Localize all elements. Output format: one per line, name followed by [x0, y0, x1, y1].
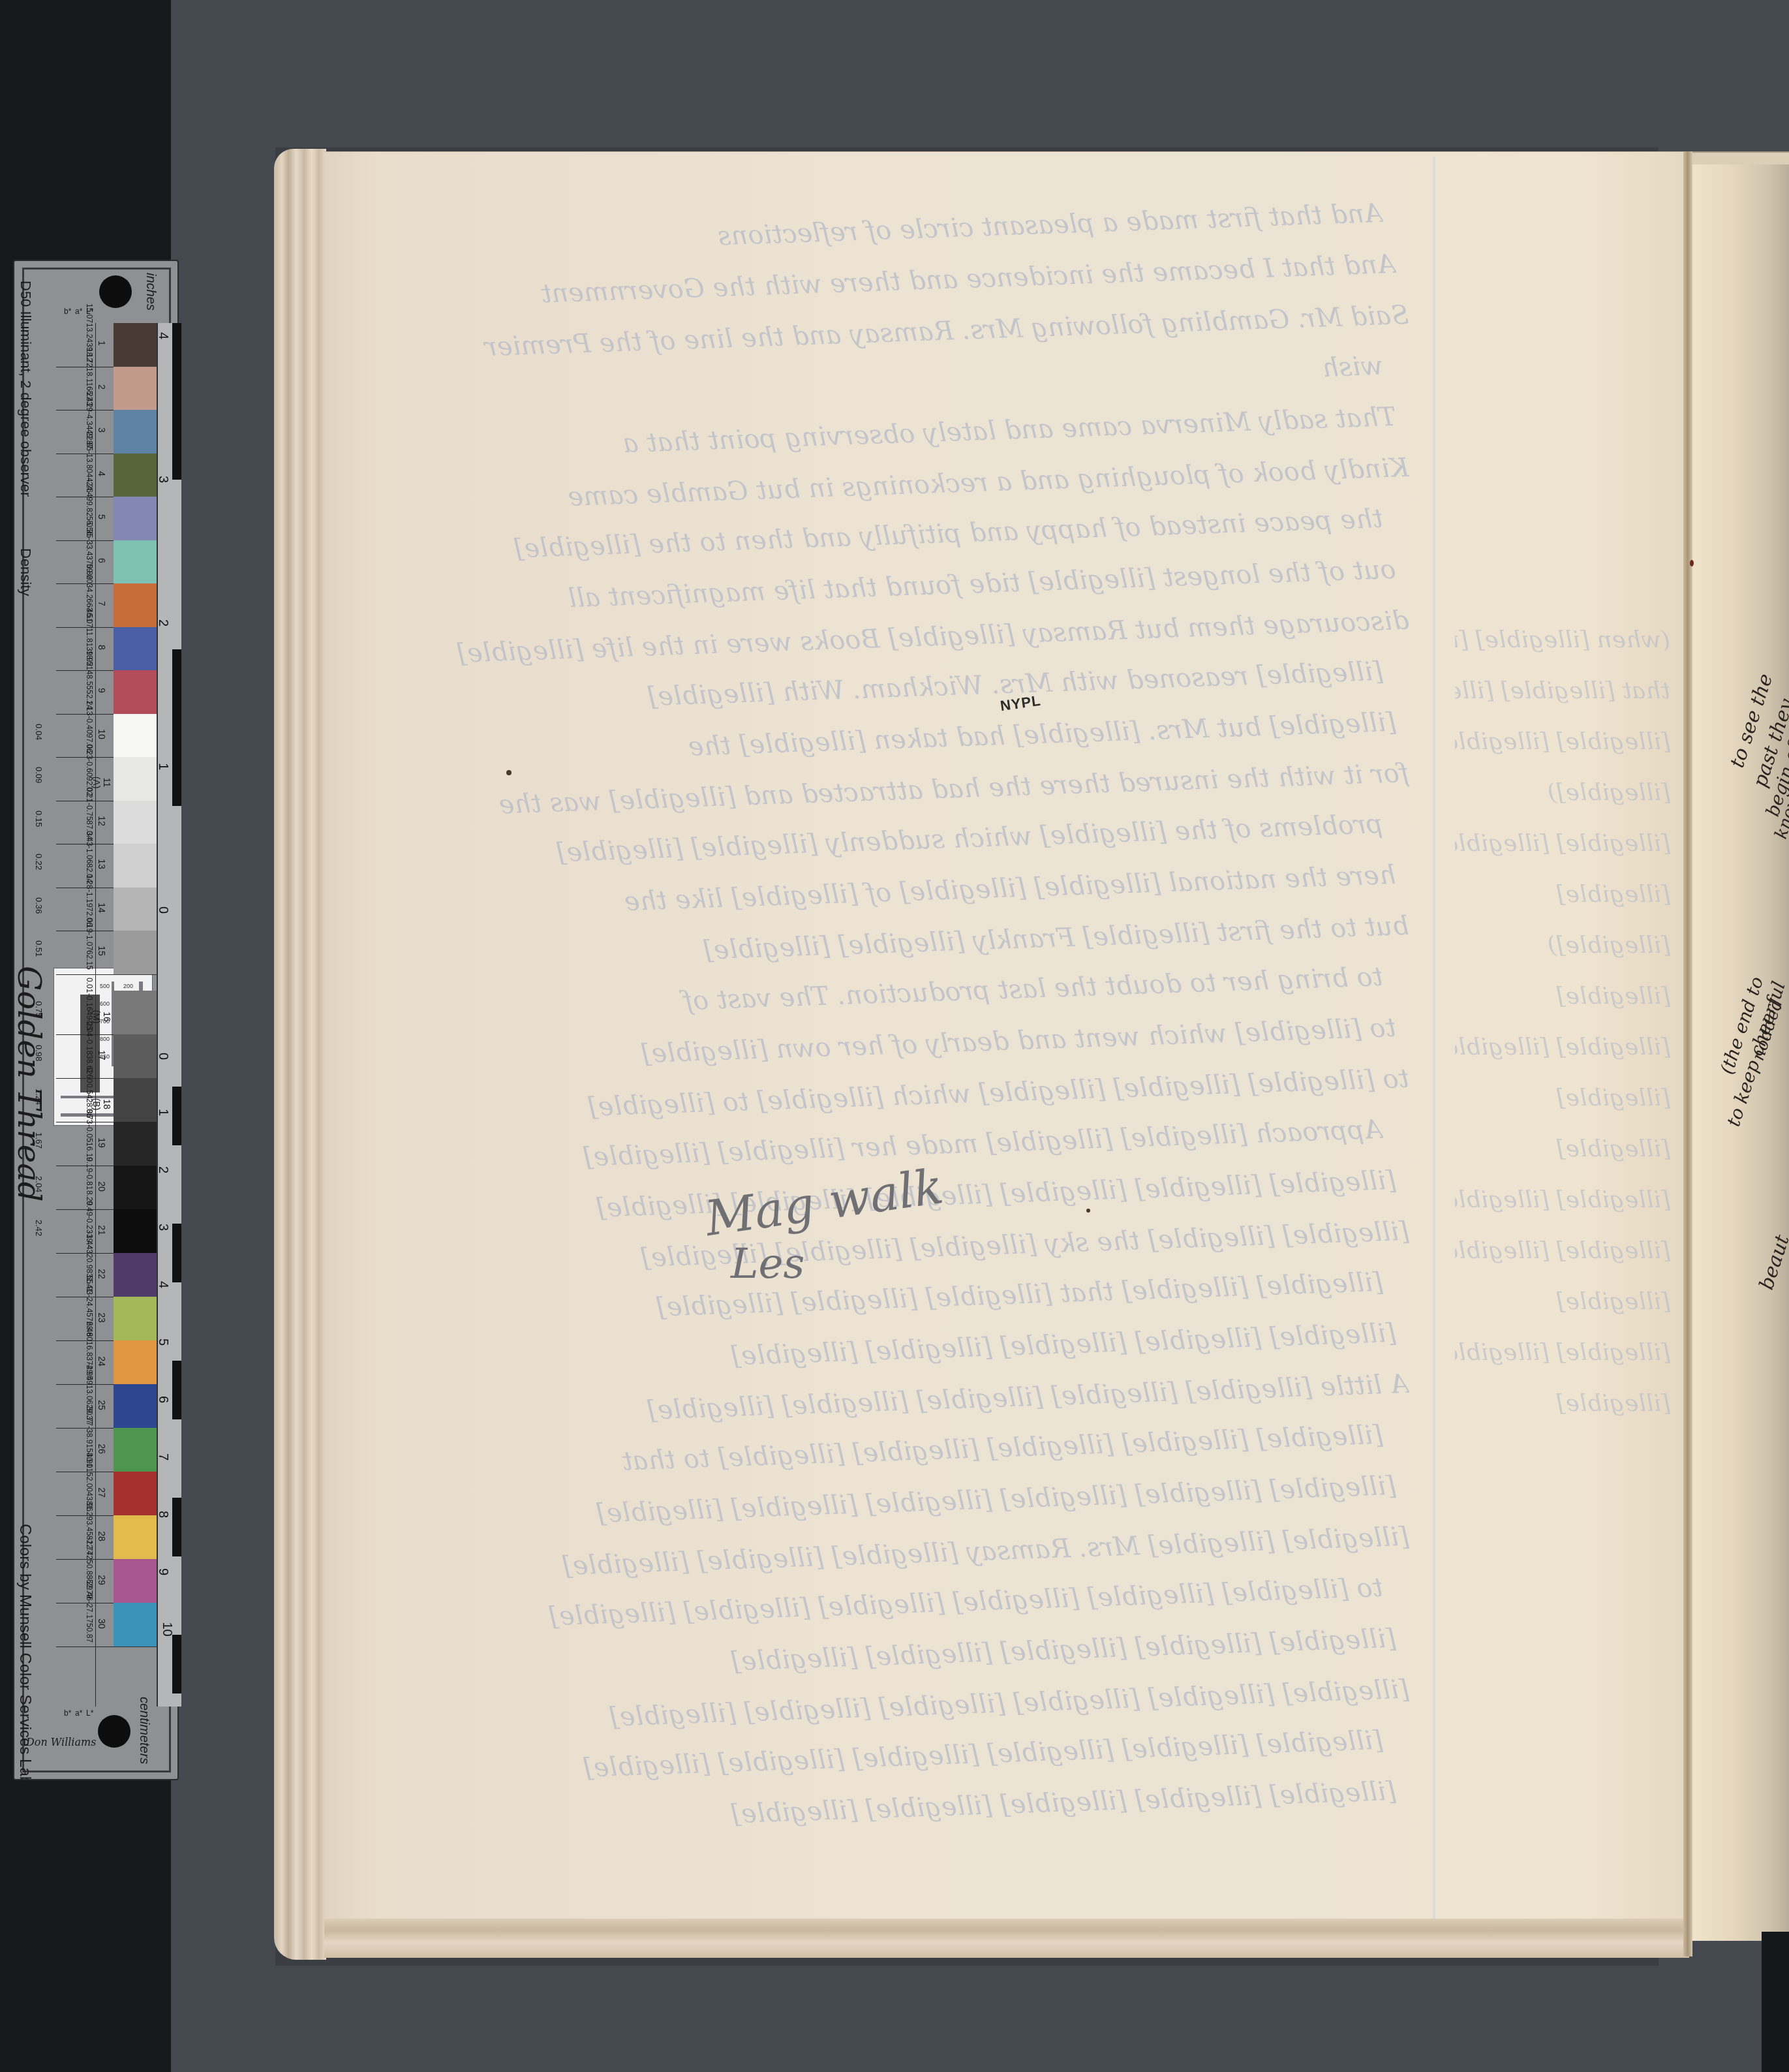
table-vertical-divider — [95, 323, 96, 1707]
lab-b-value: 30.77 — [57, 1406, 94, 1426]
lab-b-value: -46.07 — [57, 606, 94, 628]
lab-b-value: 0.28 — [57, 874, 94, 889]
patch-number: 12 — [97, 811, 107, 831]
lab-b-value: 0.49 — [57, 1201, 94, 1216]
patch-number: 23 — [97, 1307, 107, 1328]
color-patch-2 — [114, 367, 157, 411]
lab-header: a* — [75, 307, 82, 316]
inches-label: inches — [143, 273, 158, 311]
lab-b-value: 0.21 — [57, 787, 94, 802]
bleed-through-margin-line: that [illegible] [illegible] — [1455, 677, 1670, 704]
patch-number: 29 — [97, 1569, 107, 1590]
density-value: 0.04 — [34, 724, 44, 740]
lab-a-value: 13.06 — [57, 1385, 94, 1404]
patch-number: 8 — [97, 637, 107, 658]
color-patch-3 — [114, 410, 157, 454]
inch-tick-label: 4 — [155, 332, 170, 339]
color-patch-10 — [114, 714, 157, 758]
color-patch-8 — [114, 627, 157, 672]
density-value: 0.75 — [34, 1001, 44, 1017]
patch-number: 5 — [97, 506, 107, 527]
bleed-through-margin-line: [illegible] [illegible] — [1455, 830, 1670, 857]
lab-header: L* — [86, 307, 93, 316]
bleed-through-margin-line: [illegible]) — [1455, 932, 1670, 959]
lab-b-value: 55.93 — [57, 1275, 94, 1295]
lab-b-value: 22.85 — [57, 431, 94, 451]
density-value: 2.42 — [34, 1220, 44, 1236]
lab-b-value: 0.60 — [57, 1068, 94, 1083]
lab-a-value: 20.98 — [57, 1254, 94, 1273]
bleed-through-margin-line: [illegible] — [1455, 1085, 1670, 1111]
lab-b-value: -19.43 — [57, 1231, 94, 1254]
color-patch-5 — [114, 497, 157, 541]
color-patch-13 — [114, 844, 157, 888]
signature: Don Williams — [26, 1736, 96, 1748]
bleed-through-margin-line: [illegible] [illegible] — [1455, 1034, 1670, 1060]
page-edges — [274, 149, 326, 1960]
lab-b-value: 0.23 — [57, 744, 94, 759]
ruler-bar-segment — [172, 1635, 181, 1693]
ink-spot — [506, 770, 512, 775]
cm-tick-label: 0 — [155, 1053, 170, 1060]
patch-number: 6 — [97, 550, 107, 571]
lab-values: 62.15-1.070.19 — [57, 935, 94, 970]
cm-tick-label: 4 — [155, 1281, 170, 1288]
color-patch-23 — [114, 1297, 157, 1341]
cm-tick-label: 1 — [155, 1109, 170, 1116]
patch-number: 14 — [97, 897, 107, 918]
lab-b-value: -49.49 — [57, 1363, 94, 1385]
lab-a-value: -24.45 — [57, 1295, 94, 1317]
lab-b-value: 0.19 — [57, 1157, 94, 1172]
lab-a-value: 16.83 — [57, 1341, 94, 1361]
bleed-through-margin-line: [illegible] [illegible] — [1455, 1186, 1670, 1213]
inch-tick-label: 2 — [155, 619, 170, 626]
patch-number: 13 — [97, 854, 107, 874]
table-divider — [56, 1647, 114, 1647]
cm-tick-label: 7 — [155, 1453, 170, 1461]
lab-b-value: -0.35 — [57, 520, 94, 538]
lab-a-value: -38.91 — [57, 1426, 94, 1448]
patch-number: 28 — [97, 1526, 107, 1547]
cm-tick-label: 5 — [155, 1338, 170, 1346]
patch-number: 16 (M) — [91, 1006, 112, 1027]
patch-number: 20 — [97, 1176, 107, 1197]
color-patch-25 — [114, 1384, 157, 1429]
cm-tick-label: 3 — [155, 1224, 170, 1231]
bleed-through-margin-line: [illegible]) — [1455, 779, 1670, 806]
color-patch-17 — [114, 1034, 157, 1079]
patch-number: 26 — [97, 1438, 107, 1459]
illuminant-label: D50 Illuminant, 2 degree observer — [17, 281, 34, 497]
density-value: 0.51 — [34, 940, 44, 957]
bleed-through-margin-line: [illegible] — [1455, 1136, 1670, 1162]
lab-a-value: -1.07 — [57, 933, 94, 950]
lab-b-value: 0.73 — [57, 1109, 94, 1124]
lab-a-value: -33.43 — [57, 538, 94, 560]
color-patch-4 — [114, 454, 157, 498]
lab-a-value: -0.81 — [57, 1172, 94, 1190]
ruler-bar-segment — [172, 323, 181, 480]
color-patch-18b — [114, 1078, 157, 1122]
cm-tick-label: 9 — [155, 1568, 170, 1575]
lab-a-value: -0.05 — [57, 1124, 94, 1142]
lab-b-value: 0.19 — [57, 918, 94, 933]
lab-a-value: 3.45 — [57, 1521, 94, 1536]
bleed-through-margin-line: [illegible] — [1455, 1390, 1670, 1417]
patch-number: 27 — [97, 1482, 107, 1503]
color-patch-27 — [114, 1472, 157, 1516]
density-value: 2.04 — [34, 1176, 44, 1192]
lab-a-value: 50.88 — [57, 1560, 94, 1579]
lab-b-value: -12.72 — [57, 1538, 94, 1560]
color-patch-24 — [114, 1340, 157, 1385]
lab-header: L* — [86, 1709, 93, 1718]
bleed-through-margin-line: [illegible] — [1455, 881, 1670, 908]
lab-a-value: -27.17 — [57, 1601, 94, 1623]
lab-a-value: -0.75 — [57, 803, 94, 820]
lab-header: b* — [64, 1709, 71, 1718]
color-patch-11a — [114, 757, 157, 801]
color-patch-16m — [114, 991, 157, 1035]
patch-number: 18 (B) — [91, 1094, 112, 1115]
lab-l-value: 50.87 — [57, 1623, 94, 1643]
color-patch-26 — [114, 1428, 157, 1472]
patch-number: 19 — [97, 1132, 107, 1153]
color-patch-29 — [114, 1559, 157, 1603]
patch-number: 9 — [97, 680, 107, 701]
density-value: 1.67 — [34, 1132, 44, 1149]
color-patch-6 — [114, 540, 157, 585]
density-value: 0.09 — [34, 767, 44, 783]
density-value: 0.98 — [34, 1045, 44, 1061]
lab-b-value: -24.49 — [57, 479, 94, 501]
pencil-annotation: Les — [731, 1240, 804, 1288]
lab-b-value: -0.04 — [57, 1019, 94, 1036]
lab-header: b* — [64, 307, 71, 316]
patch-number: 25 — [97, 1395, 107, 1415]
color-patch-14 — [114, 888, 157, 932]
ruler-bar-segment — [172, 1498, 181, 1556]
cm-tick-label: 10 — [159, 1622, 174, 1636]
color-patch-19 — [114, 1122, 157, 1166]
patch-number: 22 — [97, 1263, 107, 1284]
bleed-through-margin-line: [illegible] [illegible] — [1455, 728, 1670, 755]
lab-a-value: 9.82 — [57, 501, 94, 516]
lab-b-value: 0.01 — [57, 978, 94, 993]
patch-number: 24 — [97, 1351, 107, 1372]
color-patch-22 — [114, 1253, 157, 1297]
density-value: 0.22 — [34, 854, 44, 870]
color-patch-21 — [114, 1209, 157, 1254]
page-bottom-edge — [324, 1919, 1689, 1958]
lab-a-value: 34.26 — [57, 583, 94, 603]
patch-number: 21 — [97, 1220, 107, 1241]
lab-a-value: -1.19 — [57, 889, 94, 907]
lab-b-value: 81.29 — [57, 1501, 94, 1521]
lab-a-value: -0.16 — [57, 993, 94, 1011]
ruler-bar-segment — [172, 1224, 181, 1282]
lab-a-value: -0.60 — [57, 759, 94, 777]
cm-tick-label: 8 — [155, 1511, 170, 1518]
ink-spot — [1690, 560, 1694, 566]
color-patch-15 — [114, 931, 157, 975]
margin-rule — [1433, 157, 1435, 1919]
ruler-bar-segment — [172, 649, 181, 806]
color-calibration-target: inches D50 Illuminant, 2 degree observer… — [13, 260, 179, 1780]
color-patch-30 — [114, 1603, 157, 1647]
lab-b-value: 18.51 — [57, 651, 94, 670]
lab-a-value: 52.00 — [57, 1472, 94, 1492]
color-patch-1 — [114, 323, 157, 367]
lab-values: 8.29-0.810.19 — [57, 1169, 94, 1205]
book-gutter — [1683, 151, 1692, 1956]
inch-tick-label: 1 — [155, 763, 170, 770]
bleed-through-margin-line: [illegible] — [1455, 1288, 1670, 1315]
lab-l-value: 62.15 — [57, 950, 94, 970]
inch-tick-label: 3 — [155, 476, 170, 483]
lab-a-value: 18.11 — [57, 367, 94, 386]
patch-number: 11 (A) — [91, 772, 112, 793]
cm-tick-label: 2 — [155, 1166, 170, 1173]
bleed-through-margin-line: (when [illegible] [illegible] — [1455, 626, 1670, 653]
lab-a-value: -0.18 — [57, 1037, 94, 1055]
lab-header: a* — [75, 1709, 82, 1718]
patch-number: 4 — [97, 463, 107, 484]
lab-a-value: 11.81 — [57, 628, 94, 647]
lab-a-value: -1.06 — [57, 846, 94, 863]
patch-number: 2 — [97, 377, 107, 397]
lab-b-value: -29.46 — [57, 1579, 94, 1601]
bleed-through-margin-line: [illegible] [illegible] — [1455, 1339, 1670, 1366]
lab-b-value: 30.01 — [57, 1453, 94, 1472]
patch-number: 10 — [97, 724, 107, 745]
color-patch-12 — [114, 801, 157, 845]
bleed-through-margin-line: [illegible] [illegible] — [1455, 1237, 1670, 1264]
cm-tick-label: 6 — [155, 1396, 170, 1403]
patch-number: 15 — [97, 940, 107, 961]
lab-b-value: -22.29 — [57, 390, 94, 412]
lab-a-value: 13.24 — [57, 323, 94, 343]
inch-tick-label: 0 — [155, 906, 170, 914]
lab-a-value: -4.34 — [57, 412, 94, 429]
patch-number: 3 — [97, 420, 107, 441]
target-hole-bottom — [98, 1715, 130, 1748]
patch-number: 17 — [97, 1045, 107, 1066]
lab-b-value: 1.13 — [57, 700, 94, 715]
color-patch-9 — [114, 670, 157, 715]
color-patch-28 — [114, 1515, 157, 1560]
bleed-through-margin-line: [illegible] — [1455, 983, 1670, 1010]
density-value: 0.36 — [34, 897, 44, 914]
lab-a-value: -13.80 — [57, 451, 94, 473]
lab-a-value: -0.40 — [57, 716, 94, 734]
table-divider — [56, 974, 114, 975]
backdrop-corner — [1762, 1932, 1789, 2072]
patch-number: 30 — [97, 1613, 107, 1634]
centimeters-label: centimeters — [136, 1697, 151, 1764]
lab-a-value: 48.55 — [57, 670, 94, 690]
ruler: 4 3 2 1 0 0 1 2 3 4 5 6 7 8 9 10 — [157, 323, 181, 1707]
color-patch-20 — [114, 1166, 157, 1210]
target-hole-top — [99, 275, 132, 308]
density-value: 0.15 — [34, 811, 44, 827]
color-patch-7 — [114, 583, 157, 628]
patch-number: 7 — [97, 593, 107, 614]
lab-values: 16.19-0.050.73 — [57, 1126, 94, 1162]
ruler-bar-segment — [172, 1361, 181, 1419]
ink-spot — [1086, 1209, 1090, 1213]
density-label: Density — [17, 548, 34, 596]
patch-number: 1 — [97, 333, 107, 354]
lab-a-value: 0.54 — [57, 1083, 94, 1098]
lab-values: 50.87-27.17-29.46 — [57, 1607, 94, 1643]
lab-b-value: 0.43 — [57, 831, 94, 846]
lab-b-value: 68.80 — [57, 1322, 94, 1341]
lab-b-value: 59.60 — [57, 564, 94, 583]
density-value: 1.24 — [34, 1089, 44, 1105]
ruler-bar-segment — [172, 1087, 181, 1145]
lab-b-value: 18.72 — [57, 348, 94, 367]
